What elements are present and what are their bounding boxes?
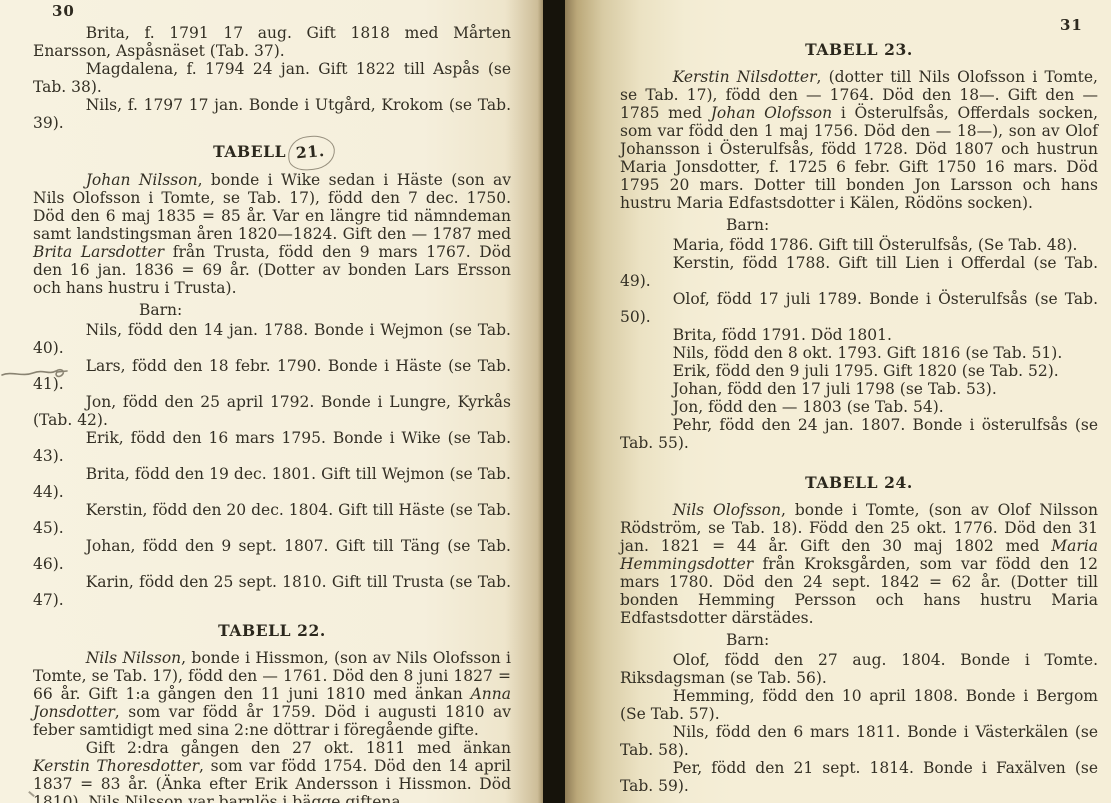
- tabell21-intro-paragraph: Johan Nilsson, bonde i Wike sedan i Häst…: [33, 171, 511, 297]
- person-name-italic: Nils Olofsson: [673, 501, 781, 519]
- entry-paragraph: Nils, f. 1797 17 jan. Bonde i Utgård, Kr…: [33, 96, 511, 132]
- child-entry: Erik, född den 16 mars 1795. Bonde i Wik…: [33, 429, 511, 465]
- person-name-italic: Kerstin Nilsdotter: [673, 68, 817, 86]
- child-entry: Jon, född den 25 april 1792. Bonde i Lun…: [33, 393, 511, 429]
- person-name-italic: Kerstin Thoresdotter: [33, 757, 199, 775]
- tabell22-paragraph-1: Nils Nilsson, bonde i Hissmon, (son av N…: [33, 649, 511, 739]
- right-text-column: TABELL 23. Kerstin Nilsdotter, (dotter t…: [620, 30, 1098, 795]
- child-entry: Jon, född den — 1803 (se Tab. 54).: [620, 398, 1098, 416]
- child-entry: Per, född den 21 sept. 1814. Bonde i Fax…: [620, 759, 1098, 795]
- book-gutter: [543, 0, 565, 803]
- heading-word: TABELL: [213, 142, 286, 161]
- child-entry: Hemming, född den 10 april 1808. Bonde i…: [620, 687, 1098, 723]
- tabell21-heading: TABELL 21.: [33, 143, 511, 162]
- child-entry: Olof, född 17 juli 1789. Bonde i Österul…: [620, 290, 1098, 326]
- tabell23-intro-paragraph: Kerstin Nilsdotter, (dotter till Nils Ol…: [620, 68, 1098, 212]
- child-entry: Kerstin, född 1788. Gift till Lien i Off…: [620, 254, 1098, 290]
- tabell22-paragraph-2: Gift 2:dra gången den 27 okt. 1811 med ä…: [33, 739, 511, 803]
- child-entry: Olof, född den 27 aug. 1804. Bonde i Tom…: [620, 651, 1098, 687]
- left-text-column: Brita, f. 1791 17 aug. Gift 1818 med Mår…: [33, 24, 511, 803]
- text-run: Gift 2:dra gången den 27 okt. 1811 med ä…: [86, 739, 511, 757]
- tabell22-heading: TABELL 22.: [33, 622, 511, 640]
- book-spread: 30 Brita, f. 1791 17 aug. Gift 1818 med …: [0, 0, 1111, 803]
- left-page: 30 Brita, f. 1791 17 aug. Gift 1818 med …: [0, 0, 543, 803]
- barn-label: Barn:: [620, 631, 1098, 649]
- person-name-italic: Brita Larsdotter: [33, 243, 164, 261]
- child-entry: Maria, född 1786. Gift till Österulfsås,…: [620, 236, 1098, 254]
- child-entry: Nils, född den 14 jan. 1788. Bonde i Wej…: [33, 321, 511, 357]
- entry-paragraph: Magdalena, f. 1794 24 jan. Gift 1822 til…: [33, 60, 511, 96]
- entry-paragraph: Brita, f. 1791 17 aug. Gift 1818 med Mår…: [33, 24, 511, 60]
- pencil-circle-annotation: 21.: [287, 134, 337, 172]
- person-name-italic: Johan Olofsson: [711, 104, 832, 122]
- child-entry: Erik, född den 9 juli 1795. Gift 1820 (s…: [620, 362, 1098, 380]
- child-entry: Lars, född den 18 febr. 1790. Bonde i Hä…: [33, 357, 511, 393]
- right-page: 31 TABELL 23. Kerstin Nilsdotter, (dotte…: [565, 0, 1111, 803]
- barn-label: Barn:: [620, 216, 1098, 234]
- page-number-left: 30: [52, 2, 75, 20]
- person-name-italic: Nils Nilsson: [86, 649, 181, 667]
- child-entry: Pehr, född den 24 jan. 1807. Bonde i öst…: [620, 416, 1098, 452]
- child-entry: Nils, född den 6 mars 1811. Bonde i Väst…: [620, 723, 1098, 759]
- tabell24-intro-paragraph: Nils Olofsson, bonde i Tomte, (son av Ol…: [620, 501, 1098, 627]
- child-entry: Nils, född den 8 okt. 1793. Gift 1816 (s…: [620, 344, 1098, 362]
- child-entry: Brita, född den 19 dec. 1801. Gift till …: [33, 465, 511, 501]
- child-entry: Johan, född den 9 sept. 1807. Gift till …: [33, 537, 511, 573]
- person-name-italic: Johan Nilsson: [86, 171, 198, 189]
- tabell24-heading: TABELL 24.: [620, 474, 1098, 492]
- child-entry: Brita, född 1791. Död 1801.: [620, 326, 1098, 344]
- child-entry: Karin, född den 25 sept. 1810. Gift till…: [33, 573, 511, 609]
- tabell23-heading: TABELL 23.: [620, 41, 1098, 59]
- barn-label: Barn:: [33, 301, 511, 319]
- pencil-margin-mark: [0, 362, 82, 384]
- child-entry: Johan, född den 17 juli 1798 (se Tab. 53…: [620, 380, 1098, 398]
- child-entry: Kerstin, född den 20 dec. 1804. Gift til…: [33, 501, 511, 537]
